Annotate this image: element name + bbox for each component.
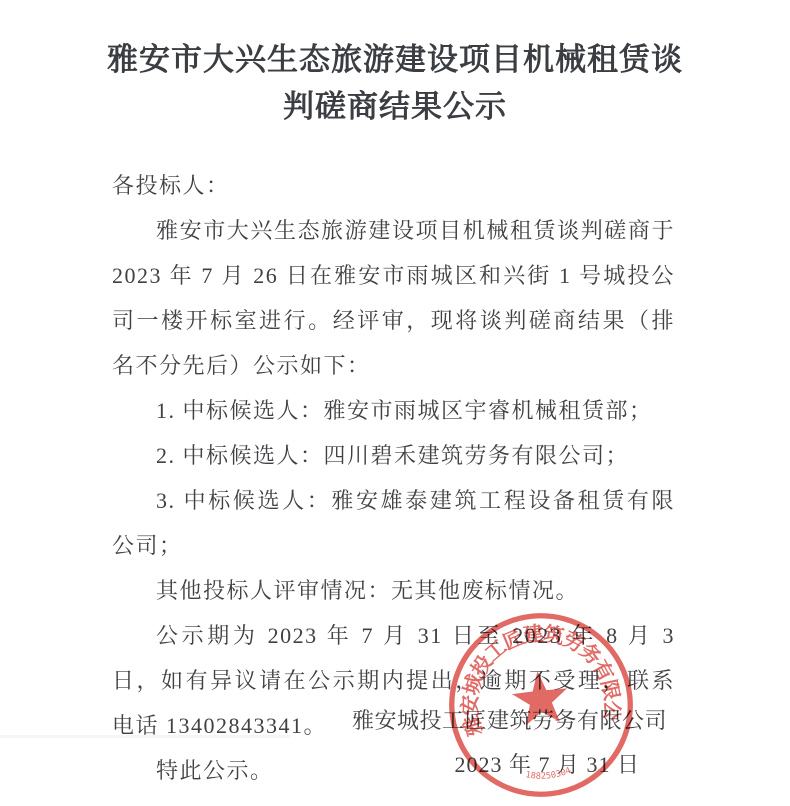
title-line-1: 雅安市大兴生态旅游建设项目机械租赁谈 bbox=[0, 36, 790, 83]
candidate-1: 1. 中标候选人：雅安市雨城区宇睿机械租赁部； bbox=[112, 388, 675, 433]
salutation: 各投标人： bbox=[112, 163, 675, 208]
intro-paragraph: 雅安市大兴生态旅游建设项目机械租赁谈判磋商于 2023 年 7 月 26 日在雅… bbox=[112, 208, 675, 388]
title-line-2: 判磋商结果公示 bbox=[0, 83, 790, 130]
other-bidders-note: 其他投标人评审情况：无其他废标情况。 bbox=[112, 568, 675, 613]
notice-body: 各投标人： 雅安市大兴生态旅游建设项目机械租赁谈判磋商于 2023 年 7 月 … bbox=[112, 163, 675, 793]
candidate-3: 3. 中标候选人：雅安雄泰建筑工程设备租赁有限公司； bbox=[112, 478, 675, 568]
scan-artifact bbox=[0, 735, 290, 738]
signature-block: 雅安城投工匠建筑劳务有限公司 2023 年 7 月 31 日 bbox=[352, 706, 790, 780]
document-page: 雅安市大兴生态旅游建设项目机械租赁谈 判磋商结果公示 各投标人： 雅安市大兴生态… bbox=[0, 0, 790, 806]
signature-date: 2023 年 7 月 31 日 bbox=[352, 750, 640, 780]
signature-company: 雅安城投工匠建筑劳务有限公司 bbox=[352, 706, 667, 736]
page-title: 雅安市大兴生态旅游建设项目机械租赁谈 判磋商结果公示 bbox=[0, 0, 790, 130]
candidate-2: 2. 中标候选人：四川碧禾建筑劳务有限公司； bbox=[112, 433, 675, 478]
